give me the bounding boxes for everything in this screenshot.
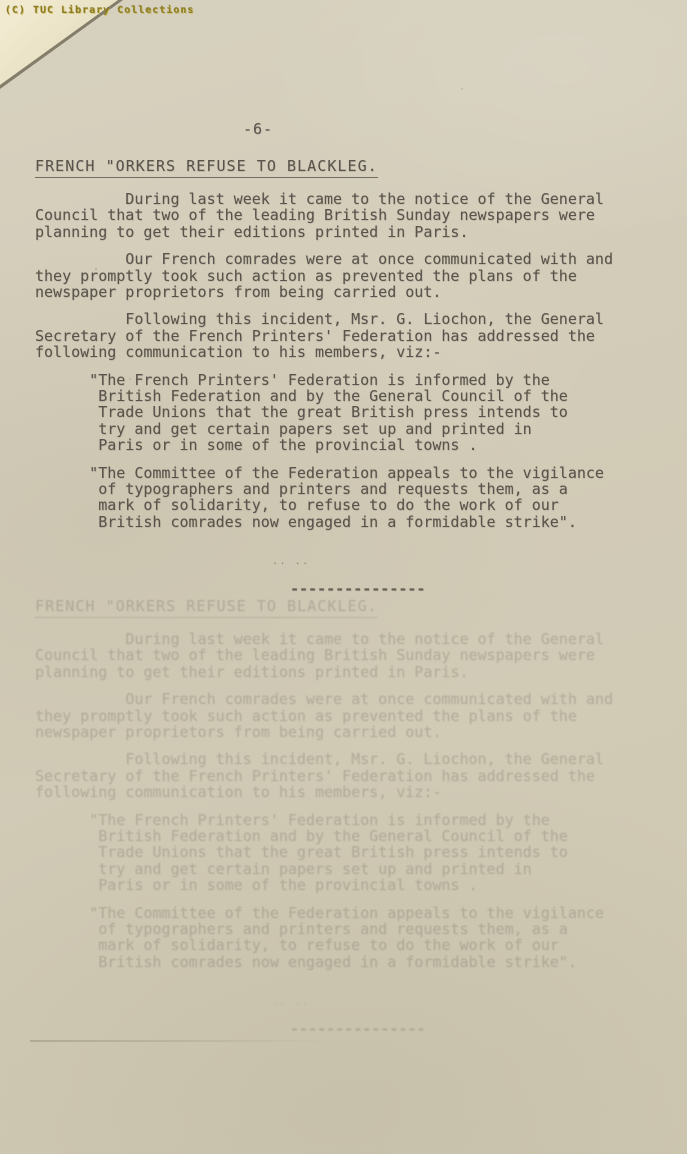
ghost-document-heading: FRENCH "ORKERS REFUSE TO BLACKLEG. bbox=[35, 598, 378, 618]
typescript-ghost-copy: FRENCH "ORKERS REFUSE TO BLACKLEG. Durin… bbox=[35, 561, 660, 1038]
paper-speck bbox=[129, 378, 131, 380]
page-number: -6- bbox=[243, 121, 660, 137]
scanned-document-page: (C) TUC Library Collections -6- FRENCH "… bbox=[0, 0, 687, 1154]
paragraph-2: Our French comrades were at once communi… bbox=[35, 251, 660, 300]
quoted-paragraph-1: "The French Printers' Federation is info… bbox=[35, 372, 660, 454]
ghost-quoted-paragraph-1: "The French Printers' Federation is info… bbox=[35, 812, 660, 894]
paper-speck bbox=[461, 88, 463, 90]
paragraph-1: During last week it came to the notice o… bbox=[35, 191, 660, 240]
ink-smudge-streak bbox=[30, 1040, 335, 1042]
ghost-separator-line: --------------- bbox=[290, 1021, 660, 1037]
ghost-faint-typed-marks: .. .. bbox=[272, 996, 660, 1008]
ghost-paragraph-3: Following this incident, Msr. G. Liochon… bbox=[35, 751, 660, 800]
copyright-watermark: (C) TUC Library Collections bbox=[5, 5, 195, 17]
ghost-paragraph-2: Our French comrades were at once communi… bbox=[35, 691, 660, 740]
paper-speck bbox=[95, 268, 97, 270]
paragraph-3: Following this incident, Msr. G. Liochon… bbox=[35, 311, 660, 360]
ghost-quoted-paragraph-2: "The Committee of the Federation appeals… bbox=[35, 905, 660, 971]
document-heading: FRENCH "ORKERS REFUSE TO BLACKLEG. bbox=[35, 158, 378, 178]
ghost-paragraph-1: During last week it came to the notice o… bbox=[35, 631, 660, 680]
typescript-original: -6- FRENCH "ORKERS REFUSE TO BLACKLEG. D… bbox=[35, 121, 660, 598]
quoted-paragraph-2: "The Committee of the Federation appeals… bbox=[35, 465, 660, 531]
